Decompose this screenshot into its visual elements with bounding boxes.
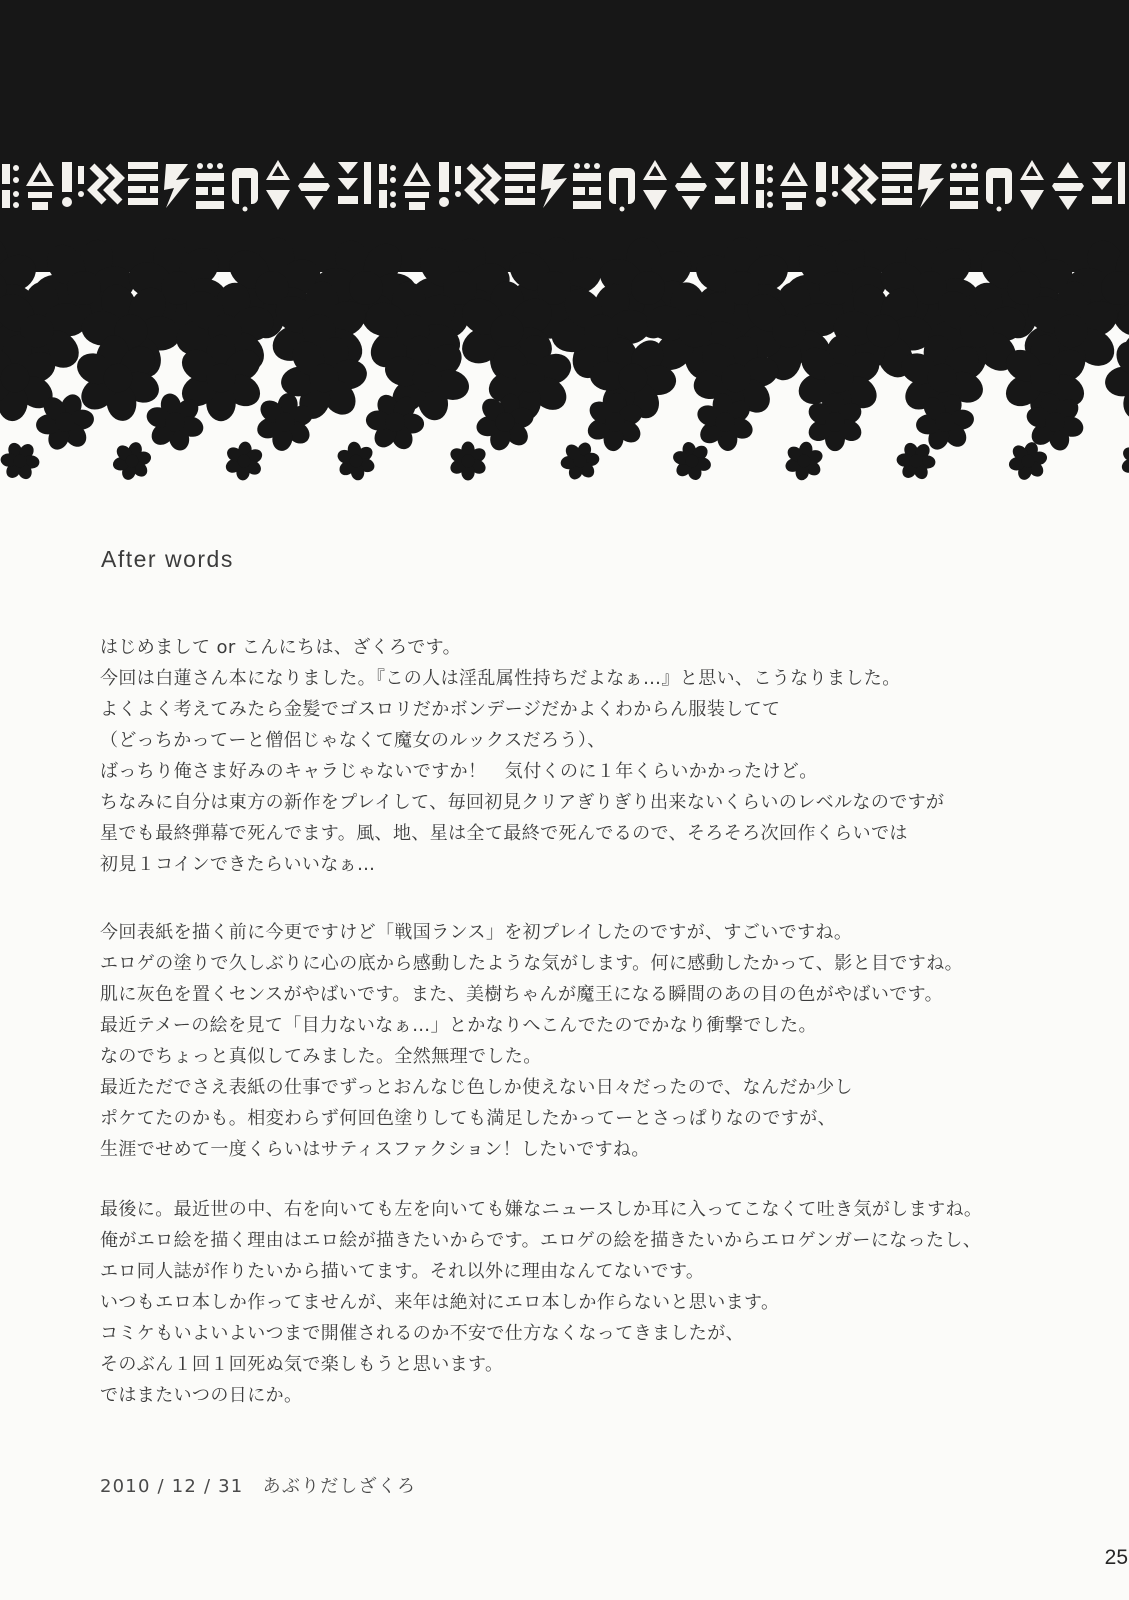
text-line: ばっちり俺さま好みのキャラじゃないですか！ 気付くのに１年くらいかかったけど。: [100, 756, 944, 787]
text-line: 肌に灰色を置くセンスがやばいです。また、美樹ちゃんが魔王になる瞬間のあの目の色が…: [100, 979, 963, 1010]
afterword-paragraph-3: 最後に。最近世の中、右を向いても左を向いても嫌なニュースしか耳に入ってこなくて吐…: [100, 1194, 982, 1411]
page-number: 25: [1105, 1546, 1128, 1570]
text-line: ではまたいつの日にか。: [100, 1380, 982, 1411]
text-line: ポケてたのかも。相変わらず何回色塗りしても満足したかってーとさっぱりなのですが、: [100, 1103, 963, 1134]
text-line: そのぶん１回１回死ぬ気で楽しもうと思います。: [100, 1349, 982, 1380]
date-signature: 2010 / 12 / 31 あぶりだしざくろ: [100, 1472, 416, 1498]
text-line: いつもエロ本しか作ってませんが、来年は絶対にエロ本しか作らないと思います。: [100, 1287, 982, 1318]
text-line: はじめまして or こんにちは、ざくろです。: [100, 632, 944, 663]
afterword-paragraph-2: 今回表紙を描く前に今更ですけど「戦国ランス」を初プレイしたのですが、すごいですね…: [100, 917, 963, 1165]
header-ornament: [0, 0, 1129, 500]
page-title: After words: [101, 546, 234, 573]
header-black-field: [0, 0, 1129, 272]
text-line: コミケもいよいよいつまで開催されるのか不安で仕方なくなってきましたが、: [100, 1318, 982, 1349]
text-line: 最近ただでさえ表紙の仕事でずっとおんなじ色しか使えない日々だったので、なんだか少…: [100, 1072, 963, 1103]
text-line: 初見１コインできたらいいなぁ…: [100, 849, 944, 880]
text-line: 今回表紙を描く前に今更ですけど「戦国ランス」を初プレイしたのですが、すごいですね…: [100, 917, 963, 948]
text-line: 生涯でせめて一度くらいはサティスファクション！したいですね。: [100, 1134, 963, 1165]
afterword-page: After words はじめまして or こんにちは、ざくろです。 今回は白蓮…: [0, 0, 1129, 1600]
text-line: エロ同人誌が作りたいから描いてます。それ以外に理由なんてないです。: [100, 1256, 982, 1287]
text-line: よくよく考えてみたら金髪でゴスロリだかボンデージだかよくわからん服装してて: [100, 694, 944, 725]
text-line: （どっちかってーと僧侶じゃなくて魔女のルックスだろう）、: [100, 725, 944, 756]
afterword-paragraph-1: はじめまして or こんにちは、ざくろです。 今回は白蓮さん本になりました。『こ…: [100, 632, 944, 880]
text-line: 星でも最終弾幕で死んでます。風、地、星は全て最終で死んでるので、そろそろ次回作く…: [100, 818, 944, 849]
text-line: 俺がエロ絵を描く理由はエロ絵が描きたいからです。エロゲの絵を描きたいからエロゲン…: [100, 1225, 982, 1256]
text-line: 最近テメーの絵を見て「目力ないなぁ…」とかなりへこんでたのでかなり衝撃でした。: [100, 1010, 963, 1041]
text-line: エロゲの塗りで久しぶりに心の底から感動したような気がします。何に感動したかって、…: [100, 948, 963, 979]
text-line: 今回は白蓮さん本になりました。『この人は淫乱属性持ちだよなぁ…』と思い、こうなり…: [100, 663, 944, 694]
tribal-pattern-band: [0, 160, 1129, 212]
text-line: 最後に。最近世の中、右を向いても左を向いても嫌なニュースしか耳に入ってこなくて吐…: [100, 1194, 982, 1225]
text-line: ちなみに自分は東方の新作をプレイして、毎回初見クリアぎりぎり出来ないくらいのレベ…: [100, 787, 944, 818]
text-line: なのでちょっと真似してみました。全然無理でした。: [100, 1041, 963, 1072]
flower-field: [0, 220, 1129, 487]
